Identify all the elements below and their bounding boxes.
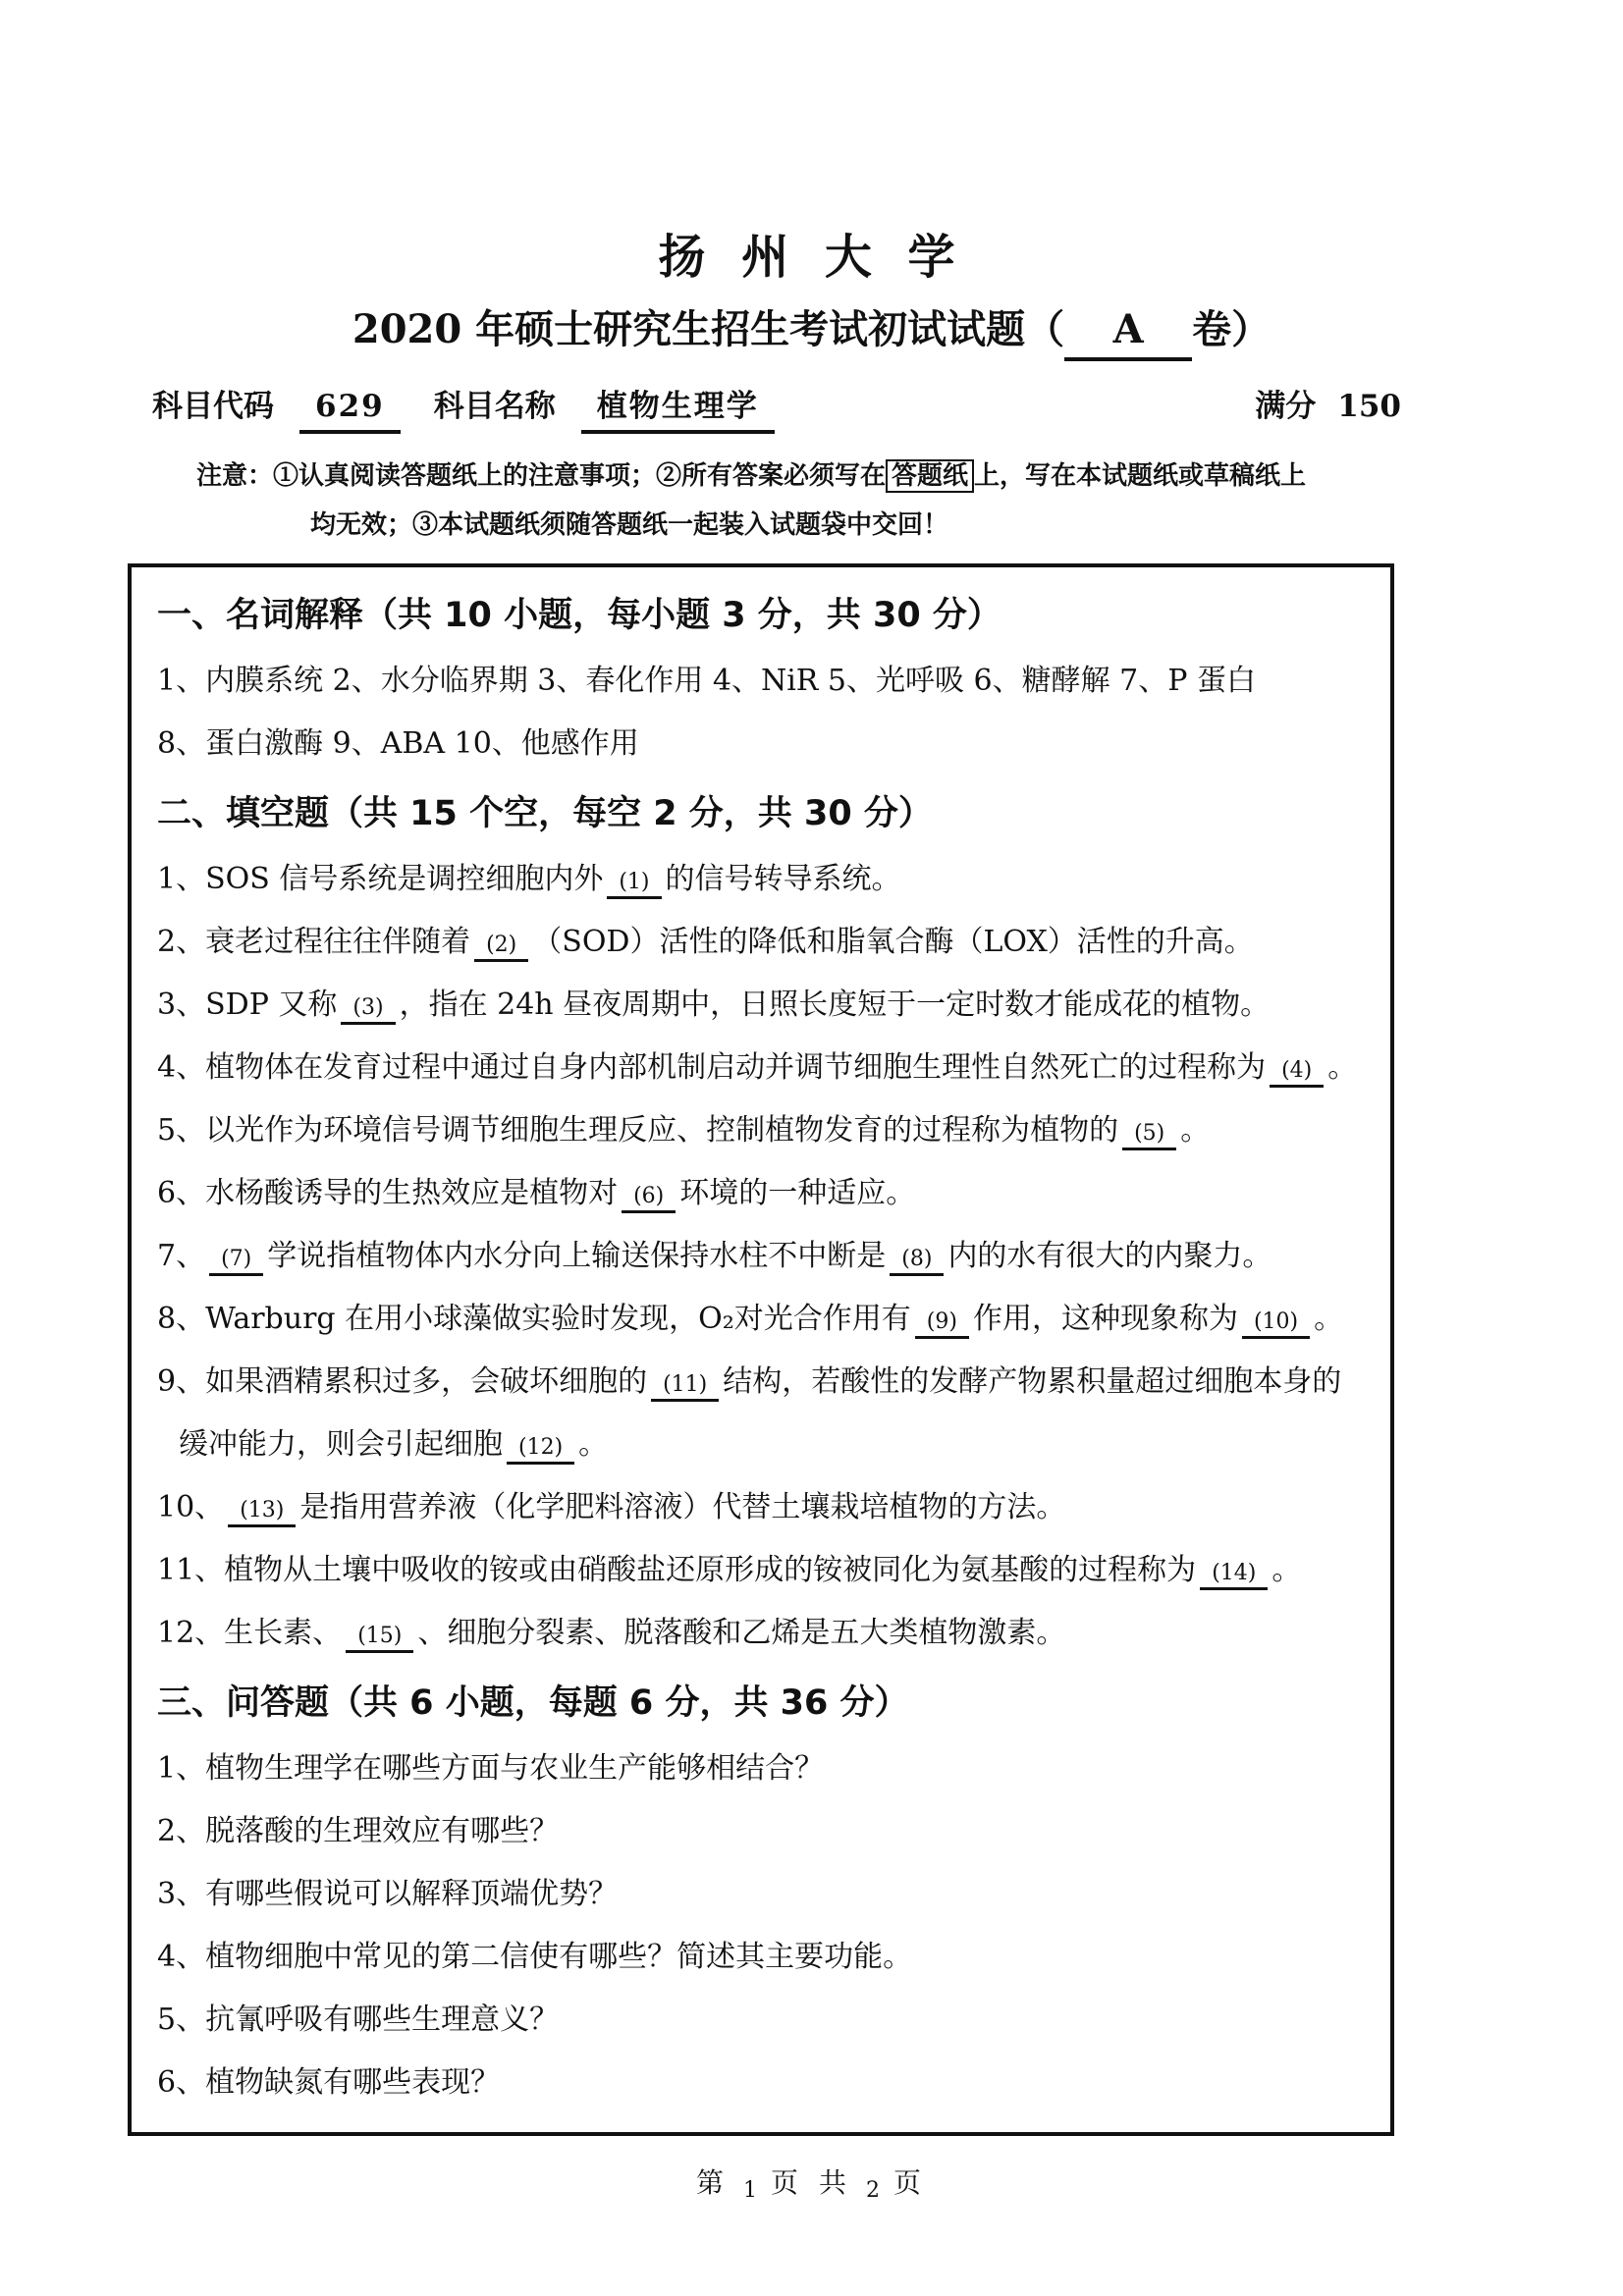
fill-item: 10、(13)是指用营养液（化学肥料溶液）代替土壤栽培植物的方法。 bbox=[157, 1476, 1373, 1539]
qa-item: 5、抗氰呼吸有哪些生理意义？ bbox=[157, 1989, 1373, 2052]
footer-middle: 页 共 bbox=[771, 2166, 852, 2199]
subject-name-value: 植物生理学 bbox=[581, 385, 775, 434]
notice-label: 注意： bbox=[196, 461, 273, 491]
fill-blank: (6) bbox=[622, 1184, 676, 1213]
full-score-label: 满分 bbox=[1255, 389, 1316, 424]
fill-blank: (9) bbox=[915, 1309, 969, 1339]
footer-prefix: 第 bbox=[696, 2166, 730, 2199]
notice-block: 注意：①认真阅读答题纸上的注意事项；②所有答案必须写在答题纸上，写在本试题纸或草… bbox=[196, 452, 1505, 550]
fill-item: 6、水杨酸诱导的生热效应是植物对(6)环境的一种适应。 bbox=[157, 1162, 1373, 1225]
fill-blank: (15) bbox=[346, 1624, 413, 1653]
paper-type-blank: A bbox=[1064, 302, 1192, 361]
qa-item: 2、脱落酸的生理效应有哪些？ bbox=[157, 1800, 1373, 1863]
fill-text: ，指在 24h 昼夜周期中，日照长度短于一定时数才能成花的植物。 bbox=[400, 988, 1271, 1022]
fill-text: 缓冲能力，则会引起细胞 bbox=[179, 1427, 503, 1462]
fill-text: 12、生长素、 bbox=[157, 1616, 342, 1650]
notice-text-2: 上，写在本试题纸或草稿纸上 bbox=[974, 461, 1306, 491]
fill-blank: (10) bbox=[1242, 1309, 1310, 1339]
fill-text: 9、如果酒精累积过多，会破坏细胞的 bbox=[157, 1364, 647, 1399]
section-fill-heading: 二、填空题（共 15 个空，每空 2 分，共 30 分） bbox=[157, 787, 1373, 840]
fill-text: 是指用营养液（化学肥料溶液）代替土壤栽培植物的方法。 bbox=[299, 1490, 1065, 1524]
qa-item: 3、有哪些假说可以解释顶端优势？ bbox=[157, 1863, 1373, 1926]
fill-text: 。 bbox=[1180, 1113, 1210, 1148]
fill-blank: (2) bbox=[474, 933, 528, 962]
subject-code-value: 629 bbox=[299, 385, 401, 434]
fill-blank: (1) bbox=[607, 870, 661, 899]
fill-text: 10、 bbox=[157, 1490, 224, 1524]
fill-text: 作用，这种现象称为 bbox=[973, 1302, 1238, 1336]
subject-name-label: 科目名称 bbox=[434, 385, 556, 428]
section-qa-heading: 三、问答题（共 6 小题，每题 6 分，共 36 分） bbox=[157, 1677, 1373, 1730]
fill-item: 9、如果酒精累积过多，会破坏细胞的(11)结构，若酸性的发酵产物累积量超过细胞本… bbox=[157, 1351, 1373, 1414]
fill-text: 1、SOS 信号系统是调控细胞内外 bbox=[157, 862, 603, 896]
fill-text: 、细胞分裂素、脱落酸和乙烯是五大类植物激素。 bbox=[417, 1616, 1065, 1650]
terms-line: 8、蛋白激酶 9、ABA 10、他感作用 bbox=[157, 713, 1373, 775]
page-footer: 第1页 共2页 bbox=[0, 2162, 1623, 2203]
fill-text: 7、 bbox=[157, 1239, 205, 1273]
subject-code-label: 科目代码 bbox=[152, 385, 274, 428]
fill-text: 结构，若酸性的发酵产物累积量超过细胞本身的 bbox=[723, 1364, 1341, 1399]
fill-blank: (8) bbox=[890, 1247, 944, 1276]
fill-item: 2、衰老过程往往伴随着(2)（SOD）活性的降低和脂氧合酶（LOX）活性的升高。 bbox=[157, 911, 1373, 974]
qa-item: 4、植物细胞中常见的第二信使有哪些？简述其主要功能。 bbox=[157, 1926, 1373, 1989]
fill-blank: (14) bbox=[1200, 1561, 1268, 1590]
notice-text-1: ①认真阅读答题纸上的注意事项；②所有答案必须写在 bbox=[273, 461, 886, 491]
boxed-answer-sheet: 答题纸 bbox=[886, 459, 974, 493]
terms-line: 1、内膜系统 2、水分临界期 3、春化作用 4、NiR 5、光呼吸 6、糖酵解 … bbox=[157, 650, 1373, 713]
exam-title-prefix: 2020 年硕士研究生招生考试初试试题（ bbox=[352, 306, 1064, 352]
fill-item: 7、(7)学说指植物体内水分向上输送保持水柱不中断是(8)内的水有很大的内聚力。 bbox=[157, 1225, 1373, 1288]
fill-text: 4、植物体在发育过程中通过自身内部机制启动并调节细胞生理性自然死亡的过程称为 bbox=[157, 1050, 1266, 1085]
fill-text: 环境的一种适应。 bbox=[679, 1176, 915, 1210]
fill-text: 8、Warburg 在用小球藻做实验时发现，O₂对光合作用有 bbox=[157, 1302, 911, 1336]
full-score-value: 150 bbox=[1337, 389, 1401, 424]
qa-item: 1、植物生理学在哪些方面与农业生产能够相结合？ bbox=[157, 1737, 1373, 1800]
footer-page-number: 1 bbox=[743, 2178, 757, 2203]
full-score: 满分150 bbox=[1233, 385, 1401, 428]
fill-text: 。 bbox=[1314, 1302, 1343, 1336]
exam-title-suffix: 卷） bbox=[1192, 306, 1271, 352]
fill-text: 。 bbox=[1271, 1553, 1301, 1587]
fill-blank: (7) bbox=[209, 1247, 263, 1276]
fill-blank: (3) bbox=[341, 995, 395, 1025]
fill-text: 2、衰老过程往往伴随着 bbox=[157, 925, 470, 959]
fill-blank: (4) bbox=[1270, 1058, 1324, 1088]
fill-blank: (5) bbox=[1122, 1121, 1176, 1150]
fill-text: 内的水有很大的内聚力。 bbox=[947, 1239, 1271, 1273]
fill-text: 的信号转导系统。 bbox=[666, 862, 901, 896]
fill-text: 3、SDP 又称 bbox=[157, 988, 337, 1022]
fill-blank: (12) bbox=[507, 1435, 574, 1465]
fill-blank: (11) bbox=[651, 1372, 719, 1402]
university-title: 扬 州 大 学 bbox=[0, 0, 1623, 287]
question-box: 一、名词解释（共 10 小题，每小题 3 分，共 30 分） 1、内膜系统 2、… bbox=[128, 563, 1394, 2136]
fill-text: 。 bbox=[578, 1427, 608, 1462]
fill-item: 11、植物从土壤中吸收的铵或由硝酸盐还原形成的铵被同化为氨基酸的过程称为(14)… bbox=[157, 1539, 1373, 1602]
fill-text: 。 bbox=[1327, 1050, 1357, 1085]
fill-text: 6、水杨酸诱导的生热效应是植物对 bbox=[157, 1176, 618, 1210]
fill-item: 4、植物体在发育过程中通过自身内部机制启动并调节细胞生理性自然死亡的过程称为(4… bbox=[157, 1037, 1373, 1099]
fill-item: 5、以光作为环境信号调节细胞生理反应、控制植物发育的过程称为植物的(5)。 bbox=[157, 1099, 1373, 1162]
footer-suffix: 页 bbox=[893, 2166, 927, 2199]
exam-title: 2020 年硕士研究生招生考试初试试题（A卷） bbox=[0, 302, 1623, 361]
fill-item-continuation: 缓冲能力，则会引起细胞(12)。 bbox=[157, 1414, 1373, 1476]
fill-blank: (13) bbox=[228, 1498, 296, 1527]
footer-total-pages: 2 bbox=[866, 2178, 880, 2203]
qa-item: 6、植物缺氮有哪些表现？ bbox=[157, 2052, 1373, 2114]
exam-paper-page: 扬 州 大 学 2020 年硕士研究生招生考试初试试题（A卷） 科目代码629科… bbox=[0, 0, 1623, 2296]
notice-text-3: 均无效；③本试题纸须随答题纸一起装入试题袋中交回！ bbox=[196, 510, 948, 540]
fill-text: 学说指植物体内水分向上输送保持水柱不中断是 bbox=[267, 1239, 886, 1273]
fill-text: 5、以光作为环境信号调节细胞生理反应、控制植物发育的过程称为植物的 bbox=[157, 1113, 1118, 1148]
fill-text: （SOD）活性的降低和脂氧合酶（LOX）活性的升高。 bbox=[532, 925, 1254, 959]
fill-item: 3、SDP 又称(3)，指在 24h 昼夜周期中，日照长度短于一定时数才能成花的… bbox=[157, 974, 1373, 1037]
fill-item: 12、生长素、(15)、细胞分裂素、脱落酸和乙烯是五大类植物激素。 bbox=[157, 1602, 1373, 1665]
fill-item: 8、Warburg 在用小球藻做实验时发现，O₂对光合作用有(9)作用，这种现象… bbox=[157, 1288, 1373, 1351]
section-terms-heading: 一、名词解释（共 10 小题，每小题 3 分，共 30 分） bbox=[157, 589, 1373, 642]
subject-meta-row: 科目代码629科目名称植物生理学 满分150 bbox=[152, 385, 1401, 434]
fill-item: 1、SOS 信号系统是调控细胞内外(1)的信号转导系统。 bbox=[157, 848, 1373, 911]
fill-text: 11、植物从土壤中吸收的铵或由硝酸盐还原形成的铵被同化为氨基酸的过程称为 bbox=[157, 1553, 1196, 1587]
